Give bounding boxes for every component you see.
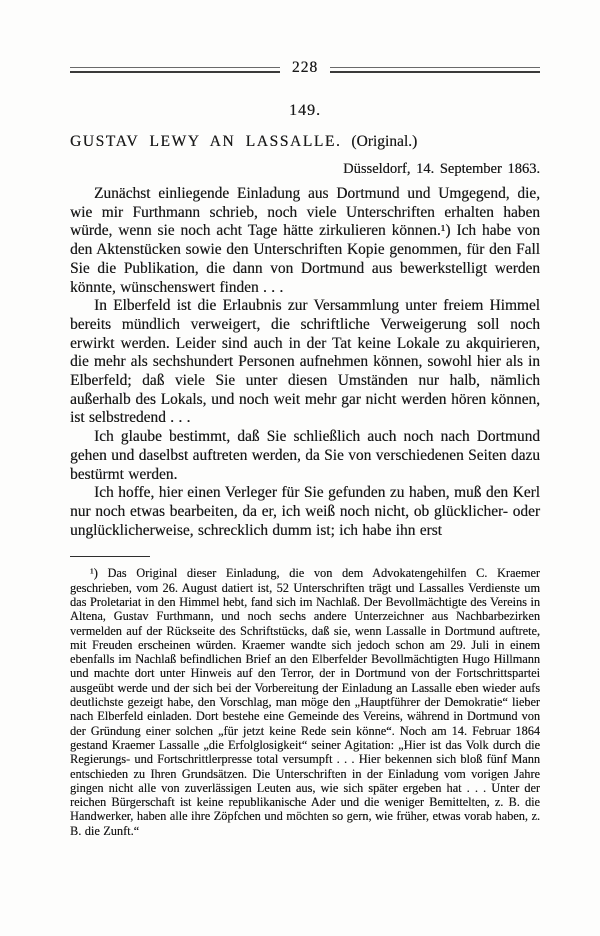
dateline: Düsseldorf, 14. September 1863. [70, 161, 540, 178]
body-paragraph-2: In Elberfeld ist die Erlaubnis zur Versa… [70, 297, 540, 428]
letter-heading: GUSTAV LEWY AN LASSALLE. (Original.) [70, 133, 540, 151]
letter-body: Zunächst einliegende Einladung aus Dortm… [70, 185, 540, 540]
body-paragraph-4: Ich hoffe, hier einen Verleger für Sie g… [70, 484, 540, 540]
letter-number: 149. [70, 102, 540, 120]
header-rule-right [330, 67, 540, 73]
page-header: 228 [70, 0, 540, 79]
book-page: 228 149. GUSTAV LEWY AN LASSALLE. (Origi… [0, 0, 600, 936]
body-paragraph-3: Ich glaube bestimmt, daß Sie schließlich… [70, 428, 540, 484]
page-number: 228 [280, 59, 330, 77]
heading-title: GUSTAV LEWY AN LASSALLE. [70, 133, 341, 150]
header-rule-left [70, 67, 280, 73]
heading-original-label: (Original.) [351, 133, 417, 150]
body-paragraph-1: Zunächst einliegende Einladung aus Dortm… [70, 185, 540, 297]
footnote-separator [70, 556, 150, 557]
footnote-text: ¹) Das Original dieser Einladung, die vo… [70, 566, 540, 838]
